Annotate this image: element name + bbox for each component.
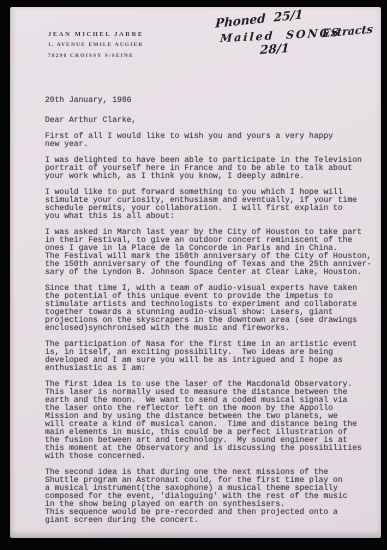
scan-background: JEAN MICHEL JARRE 1, AVENUE EMILE AUGIER… [0, 0, 387, 550]
paragraph: I was asked in March last year by the Ci… [45, 229, 375, 277]
letterhead-name: JEAN MICHEL JARRE [48, 29, 144, 40]
letterhead-address-line2: 78290 CROISSY S/SEINE [48, 51, 144, 62]
paragraph: Since that time I, with a team of audio-… [45, 285, 375, 333]
handwritten-note-extracts: Extracts [322, 23, 373, 41]
letter-body: 20th January, 1986 Dear Arthur Clarke, F… [45, 97, 375, 533]
handwritten-note-date: 28/1 [260, 41, 290, 57]
paragraph: The first idea is to use the laser of th… [45, 381, 375, 461]
letter-salutation: Dear Arthur Clarke, [45, 117, 375, 125]
handwritten-note-phoned: Phoned 25/1 [215, 7, 303, 30]
letterhead-address-line1: 1, AVENUE EMILE AUGIER [48, 40, 144, 51]
paragraph: The participation of Nasa for the first … [45, 341, 375, 373]
paragraph: The second idea is that during one the n… [45, 469, 375, 525]
paragraph: I would like to put forward something to… [45, 189, 375, 221]
letterhead: JEAN MICHEL JARRE 1, AVENUE EMILE AUGIER… [48, 29, 144, 62]
letter-paper: JEAN MICHEL JARRE 1, AVENUE EMILE AUGIER… [10, 7, 381, 538]
paragraph: First of all I would like to wish you an… [45, 133, 375, 149]
letter-date: 20th January, 1986 [45, 97, 375, 105]
paragraph: I was delighted to have been able to par… [45, 157, 375, 181]
